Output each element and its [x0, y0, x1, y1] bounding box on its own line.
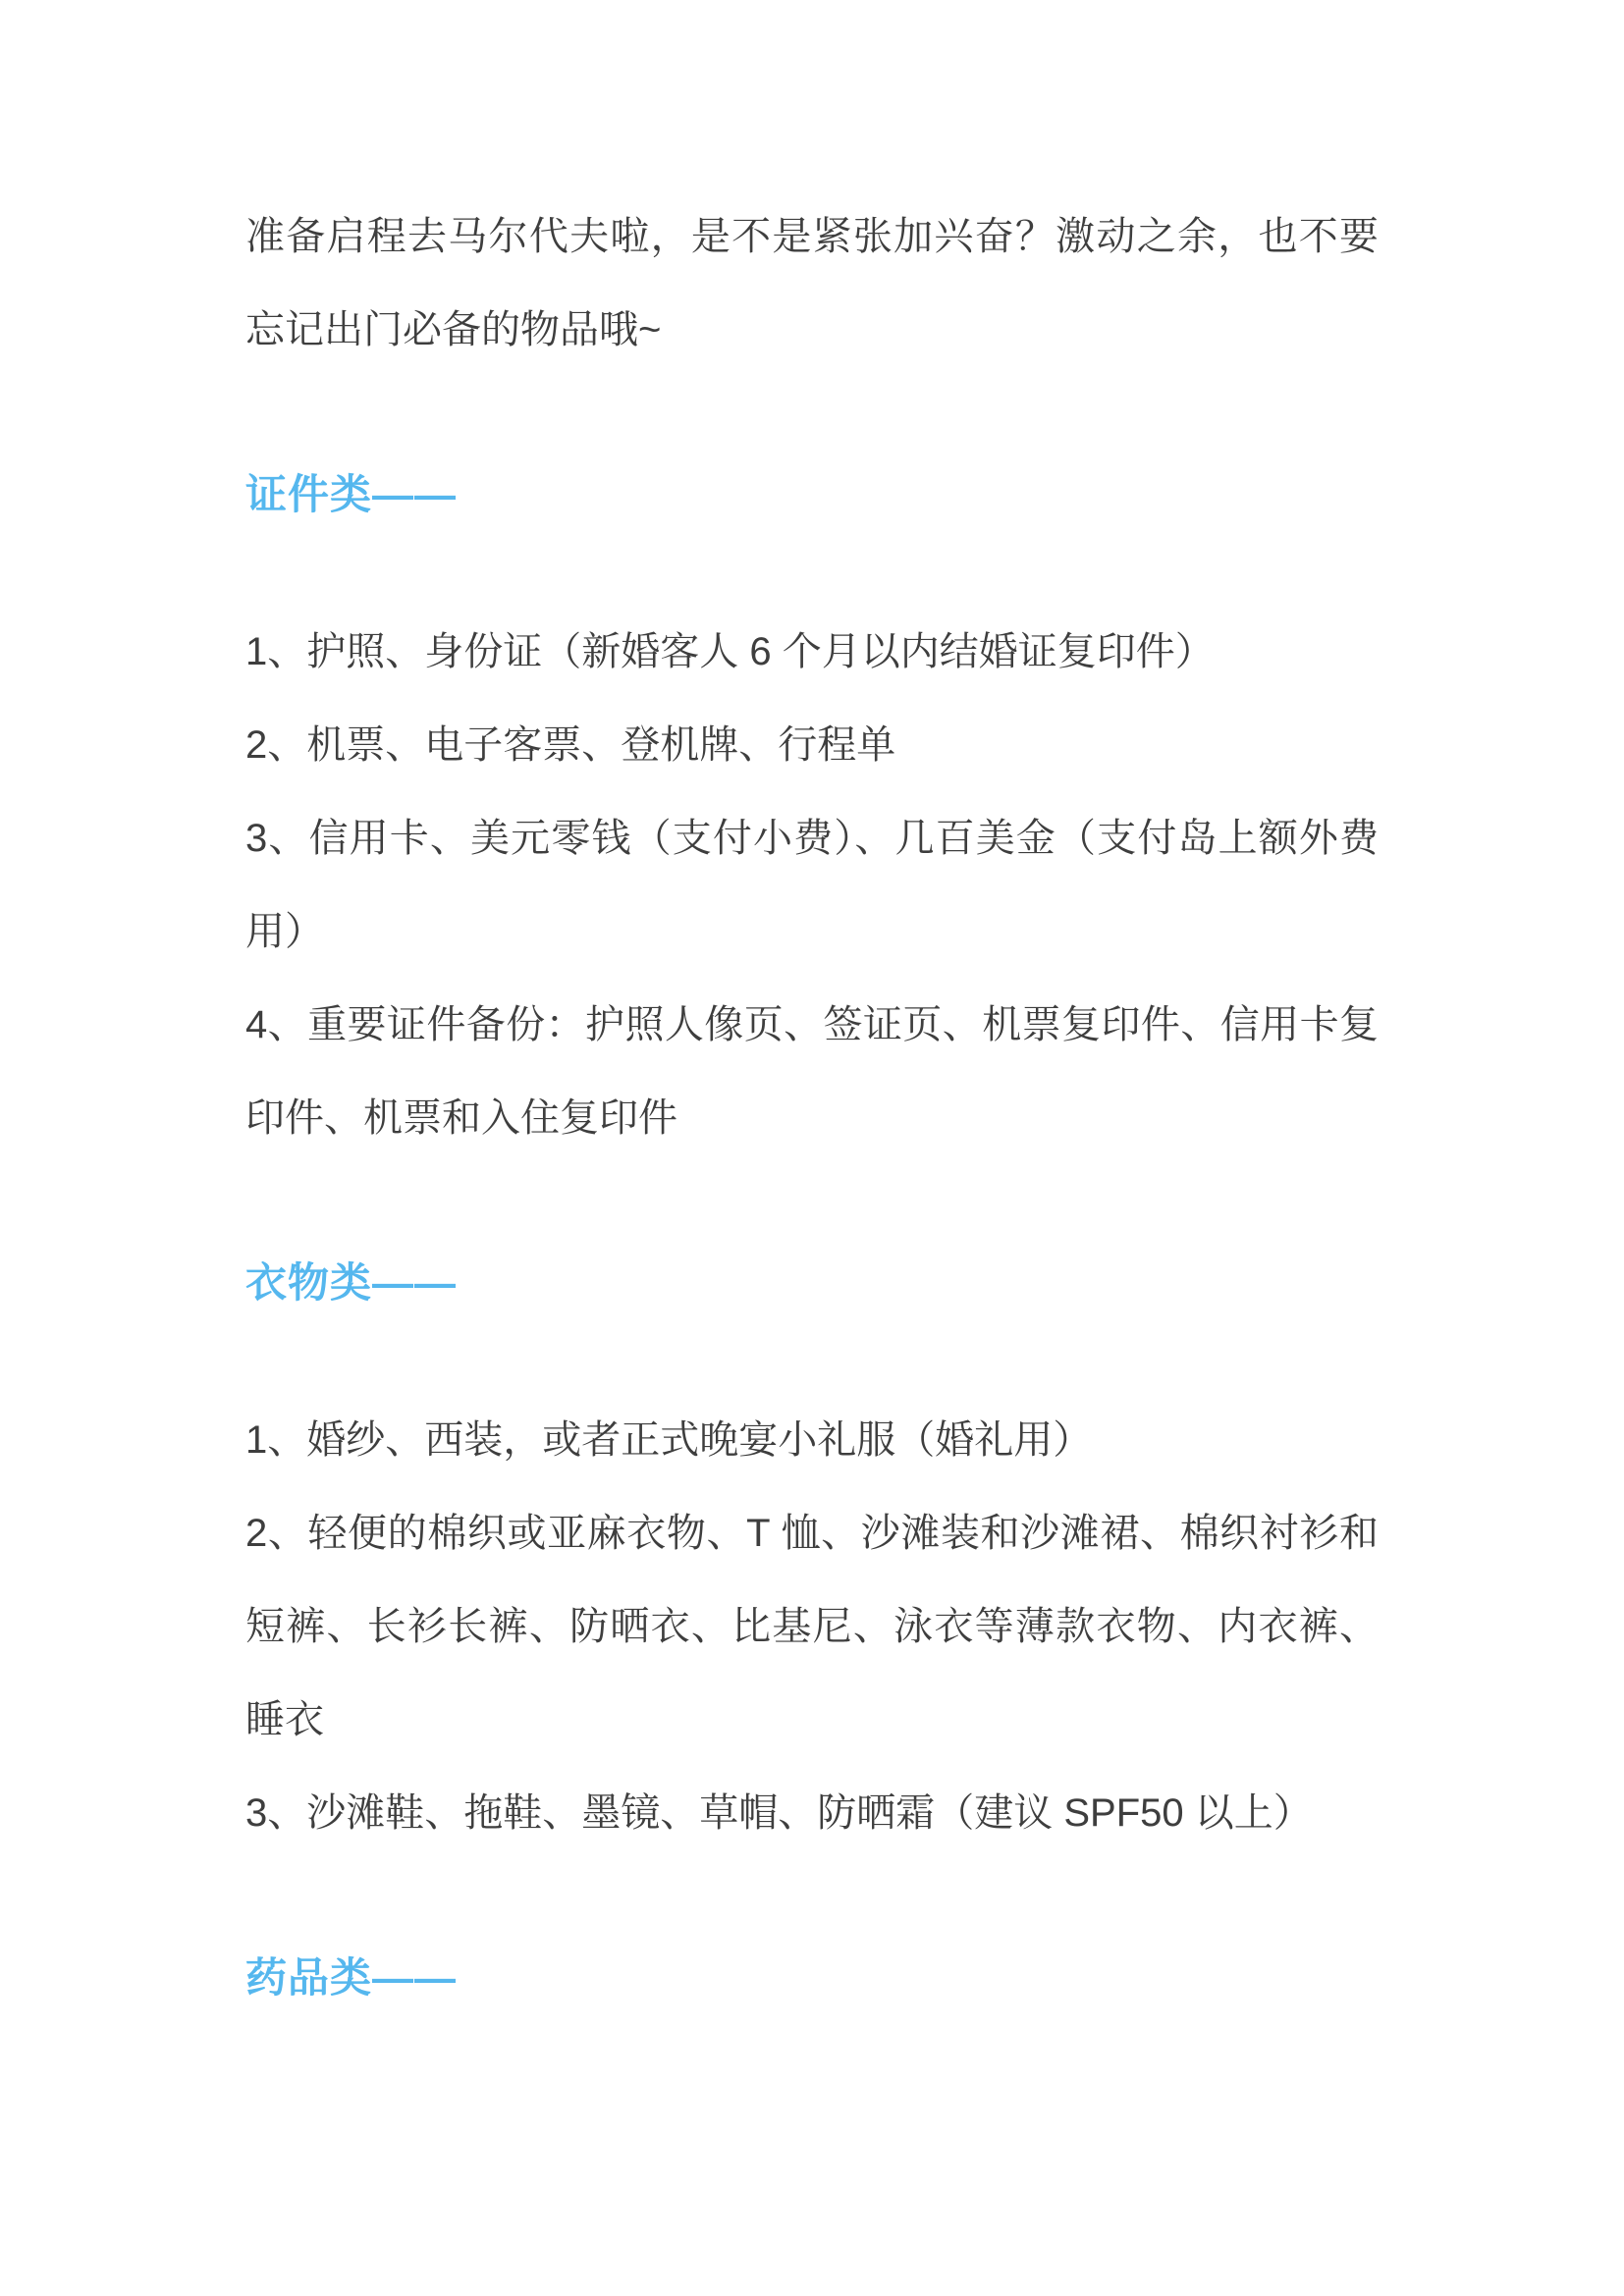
list-item: 1、护照、身份证（新婚客人 6 个月以内结婚证复印件）: [245, 606, 1379, 699]
section-clothing: 衣物类—— 1、婚纱、西装，或者正式晚宴小礼服（婚礼用） 2、轻便的棉织或亚麻衣…: [245, 1236, 1379, 1860]
section-heading-medicine: 药品类——: [245, 1931, 1379, 2024]
list-item: 3、信用卡、美元零钱（支付小费）、几百美金（支付岛上额外费用）: [245, 792, 1379, 979]
list-item: 1、婚纱、西装，或者正式晚宴小礼服（婚礼用）: [245, 1394, 1379, 1487]
list-item: 2、机票、电子客票、登机牌、行程单: [245, 699, 1379, 792]
section-medicine: 药品类——: [245, 1931, 1379, 2024]
list-item: 4、重要证件备份：护照人像页、签证页、机票复印件、信用卡复印件、机票和入住复印件: [245, 979, 1379, 1165]
list-item: 3、沙滩鞋、拖鞋、墨镜、草帽、防晒霜（建议 SPF50 以上）: [245, 1767, 1379, 1860]
section-documents: 证件类—— 1、护照、身份证（新婚客人 6 个月以内结婚证复印件） 2、机票、电…: [245, 448, 1379, 1165]
intro-paragraph: 准备启程去马尔代夫啦，是不是紧张加兴奋？激动之余，也不要忘记出门必备的物品哦~: [245, 190, 1379, 377]
section-heading-documents: 证件类——: [245, 448, 1379, 541]
section-heading-clothing: 衣物类——: [245, 1236, 1379, 1329]
document-page: 准备启程去马尔代夫啦，是不是紧张加兴奋？激动之余，也不要忘记出门必备的物品哦~ …: [0, 0, 1624, 2296]
documents-list: 1、护照、身份证（新婚客人 6 个月以内结婚证复印件） 2、机票、电子客票、登机…: [245, 606, 1379, 1165]
clothing-list: 1、婚纱、西装，或者正式晚宴小礼服（婚礼用） 2、轻便的棉织或亚麻衣物、T 恤、…: [245, 1394, 1379, 1860]
list-item: 2、轻便的棉织或亚麻衣物、T 恤、沙滩装和沙滩裙、棉织衬衫和短裤、长衫长裤、防晒…: [245, 1487, 1379, 1767]
